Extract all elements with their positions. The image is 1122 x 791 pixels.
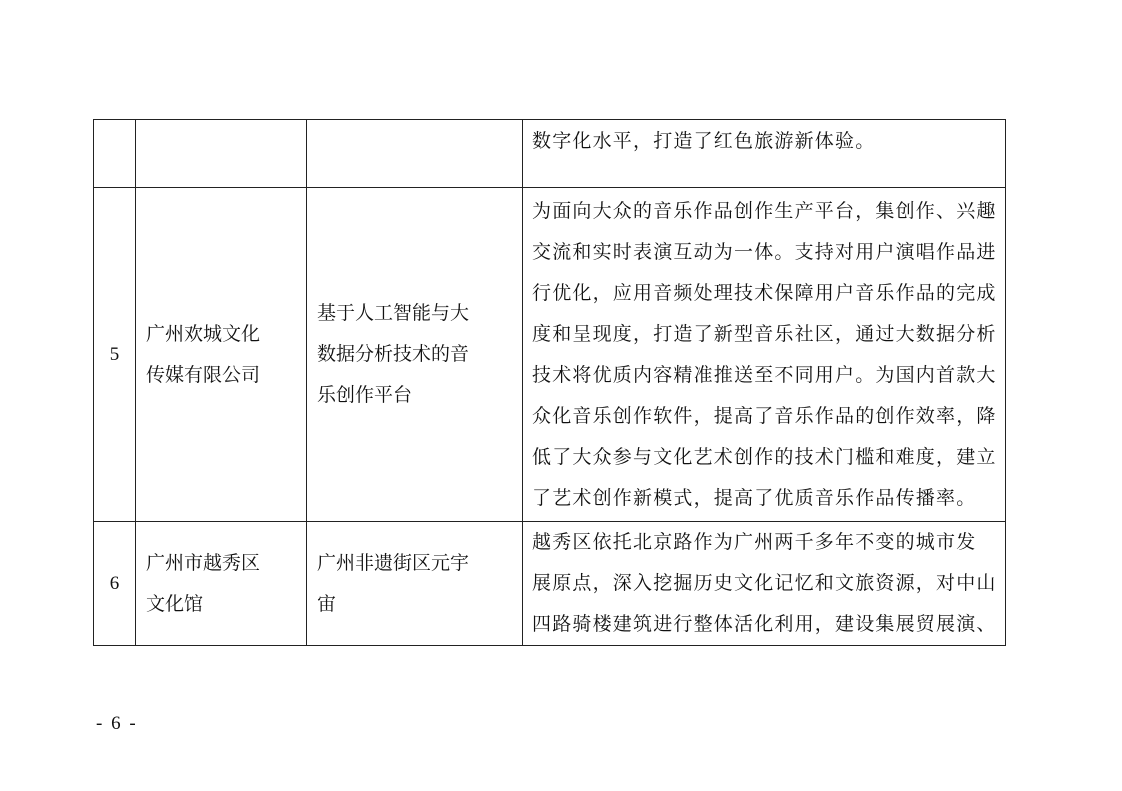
row-number: 5 bbox=[94, 188, 136, 522]
organization-cell: 广州欢城文化 传媒有限公司 bbox=[136, 188, 307, 522]
description-line: 低了大众参与文化艺术创作的技术门槛和难度，建立 bbox=[532, 437, 999, 478]
organization-line: 文化馆 bbox=[146, 584, 306, 625]
description-line: 越秀区依托北京路作为广州两千多年不变的城市发 bbox=[532, 522, 999, 563]
description-line: 交流和实时表演互动为一体。支持对用户演唱作品进 bbox=[532, 232, 999, 273]
description-line: 行优化，应用音频处理技术保障用户音乐作品的完成 bbox=[532, 273, 999, 314]
description-line: 众化音乐创作软件，提高了音乐作品的创作效率，降 bbox=[532, 396, 999, 437]
organization-line: 广州市越秀区 bbox=[146, 543, 306, 584]
organization-cell: 广州市越秀区 文化馆 bbox=[136, 522, 307, 646]
description-line: 四路骑楼建筑进行整体活化利用，建设集展贸展演、 bbox=[532, 604, 999, 645]
project-line: 数据分析技术的音 bbox=[317, 334, 522, 375]
organization-cell bbox=[136, 120, 307, 188]
description-line: 数字化水平，打造了红色旅游新体验。 bbox=[532, 121, 999, 162]
description-line: 了艺术创作新模式，提高了优质音乐作品传播率。 bbox=[532, 478, 999, 519]
description-line: 为面向大众的音乐作品创作生产平台，集创作、兴趣 bbox=[532, 191, 999, 232]
organization-line: 传媒有限公司 bbox=[146, 355, 306, 396]
project-line: 广州非遗街区元宇 bbox=[317, 543, 522, 584]
project-cell bbox=[307, 120, 523, 188]
project-line: 乐创作平台 bbox=[317, 375, 522, 416]
row-number: 6 bbox=[94, 522, 136, 646]
description-line: 展原点，深入挖掘历史文化记忆和文旅资源，对中山 bbox=[532, 563, 999, 604]
table-row: 数字化水平，打造了红色旅游新体验。 bbox=[94, 120, 1006, 188]
description-line: 技术将优质内容精准推送至不同用户。为国内首款大 bbox=[532, 355, 999, 396]
description-cell: 越秀区依托北京路作为广州两千多年不变的城市发 展原点，深入挖掘历史文化记忆和文旅… bbox=[523, 522, 1006, 646]
project-line: 基于人工智能与大 bbox=[317, 293, 522, 334]
project-cell: 广州非遗街区元宇 宙 bbox=[307, 522, 523, 646]
description-cell: 为面向大众的音乐作品创作生产平台，集创作、兴趣 交流和实时表演互动为一体。支持对… bbox=[523, 188, 1006, 522]
organization-line: 广州欢城文化 bbox=[146, 314, 306, 355]
row-number bbox=[94, 120, 136, 188]
project-cell: 基于人工智能与大 数据分析技术的音 乐创作平台 bbox=[307, 188, 523, 522]
description-cell: 数字化水平，打造了红色旅游新体验。 bbox=[523, 120, 1006, 188]
project-line: 宙 bbox=[317, 584, 522, 625]
project-table: 数字化水平，打造了红色旅游新体验。 5 广州欢城文化 传媒有限公司 基于人工智能… bbox=[93, 119, 1006, 646]
description-line: 度和呈现度，打造了新型音乐社区，通过大数据分析 bbox=[532, 314, 999, 355]
page-number: - 6 - bbox=[96, 713, 138, 735]
table-row: 5 广州欢城文化 传媒有限公司 基于人工智能与大 数据分析技术的音 乐创作平台 … bbox=[94, 188, 1006, 522]
table-row: 6 广州市越秀区 文化馆 广州非遗街区元宇 宙 越秀区依托北京路作为广州两千多年… bbox=[94, 522, 1006, 646]
